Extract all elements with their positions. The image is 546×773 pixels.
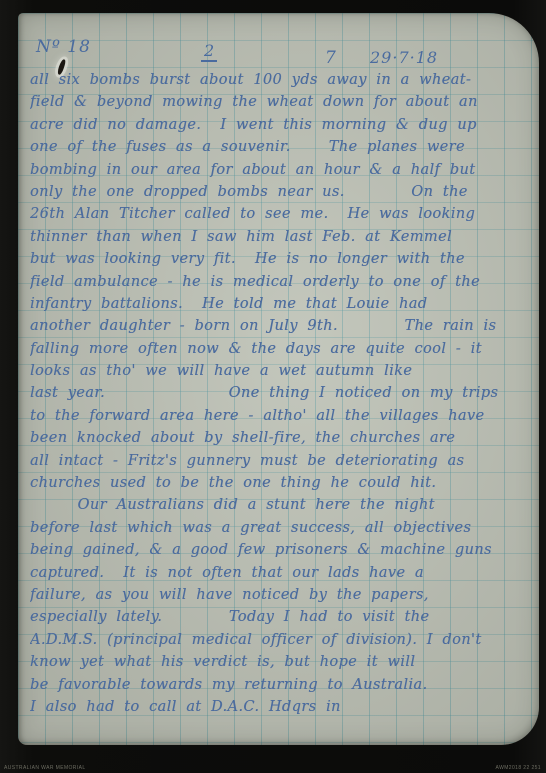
handwritten-line: only the one dropped bombs near us. On t… xyxy=(30,181,530,203)
page-number-left: Nº 18 xyxy=(36,37,91,57)
handwritten-line: but was looking very fit. He is no longe… xyxy=(30,248,530,270)
handwritten-line: all six bombs burst about 100 yds away i… xyxy=(30,69,530,91)
handwritten-line: captured. It is not often that our lads … xyxy=(30,562,530,584)
handwritten-line: churches used to be the one thing he cou… xyxy=(30,472,530,494)
handwritten-line: before last which was a great success, a… xyxy=(30,517,530,539)
handwritten-line: especially lately. Today I had to visit … xyxy=(30,606,530,628)
handwritten-line: another daughter - born on July 9th. The… xyxy=(30,315,530,337)
handwritten-line: infantry battalions. He told me that Lou… xyxy=(30,293,530,315)
archive-caption-left: AUSTRALIAN WAR MEMORIAL xyxy=(4,765,86,771)
handwritten-line: all intact - Fritz's gunnery must be det… xyxy=(30,450,530,472)
handwritten-line: be favorable towards my returning to Aus… xyxy=(30,674,530,696)
handwritten-line: bombing in our area for about an hour & … xyxy=(30,159,530,181)
handwritten-line: looks as tho' we will have a wet autumn … xyxy=(30,360,530,382)
handwritten-line: 26th Alan Titcher called to see me. He w… xyxy=(30,203,530,225)
handwritten-line: falling more often now & the days are qu… xyxy=(30,338,530,360)
handwritten-line: been knocked about by shell-fire, the ch… xyxy=(30,427,530,449)
notebook-page: Nº 18 2 7 29·7·18 all six bombs burst ab… xyxy=(18,13,539,745)
archive-caption-right: AWM2018 22 251 xyxy=(496,765,541,771)
page-number-center: 2 xyxy=(201,41,217,62)
handwritten-line: one of the fuses as a souvenir. The plan… xyxy=(30,136,530,158)
handwritten-line: thinner than when I saw him last Feb. at… xyxy=(30,226,530,248)
entry-date: 29·7·18 xyxy=(370,48,438,67)
handwritten-line: know yet what his verdict is, but hope i… xyxy=(30,651,530,673)
handwritten-line: A.D.M.S. (principal medical officer of d… xyxy=(30,629,530,651)
handwritten-line: field & beyond mowing the wheat down for… xyxy=(30,91,530,113)
handwritten-line: field ambulance - he is medical orderly … xyxy=(30,271,530,293)
handwritten-line: being gained, & a good few prisoners & m… xyxy=(30,539,530,561)
handwritten-line: Our Australians did a stunt here the nig… xyxy=(30,494,530,516)
handwritten-body: all six bombs burst about 100 yds away i… xyxy=(30,69,530,729)
page-number-right: 7 xyxy=(325,48,336,68)
handwritten-line: I also had to call at D.A.C. Hdqrs in xyxy=(30,696,530,718)
handwritten-line: to the forward area here - altho' all th… xyxy=(30,405,530,427)
handwritten-line: acre did no damage. I went this morning … xyxy=(30,114,530,136)
handwritten-line: failure, as you will have noticed by the… xyxy=(30,584,530,606)
handwritten-line: last year. One thing I noticed on my tri… xyxy=(30,382,530,404)
photo-background: Nº 18 2 7 29·7·18 all six bombs burst ab… xyxy=(0,0,546,773)
